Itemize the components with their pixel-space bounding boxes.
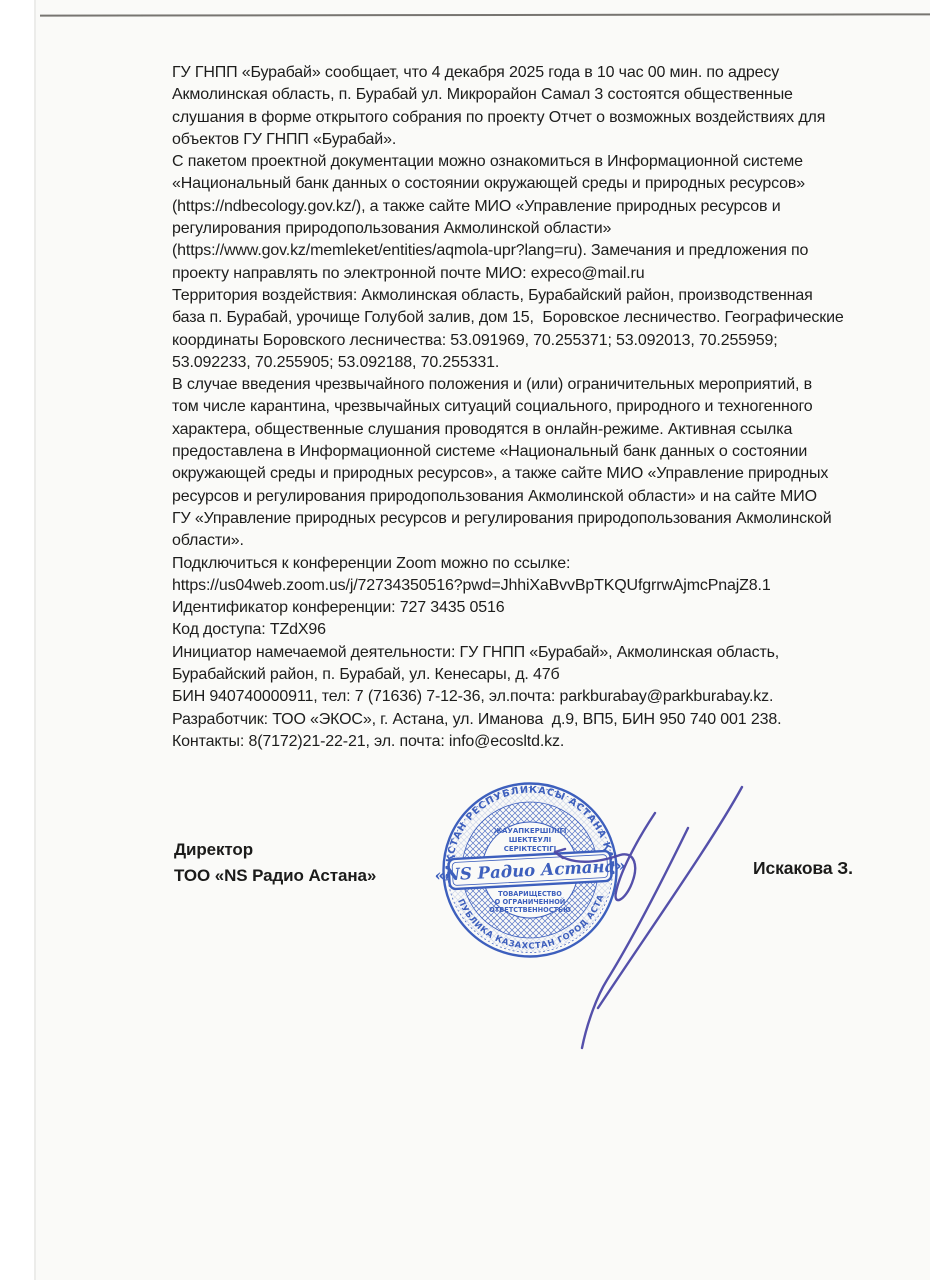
- text-line: «Национальный банк данных о состоянии ок…: [172, 173, 872, 195]
- text-line: Разработчик: ТОО «ЭКОС», г. Астана, ул. …: [172, 709, 872, 731]
- text-line: проекту направлять по электронной почте …: [172, 263, 872, 285]
- signature-stroke: [555, 813, 655, 900]
- text-line: https://us04web.zoom.us/j/72734350516?pw…: [172, 575, 872, 597]
- closing-block: Директор ТОО «NS Радио Астана»: [174, 837, 376, 888]
- scan-edge-line: [40, 13, 930, 16]
- signature-stroke: [598, 787, 742, 1008]
- text-line: Код доступа: TZdX96: [172, 619, 872, 641]
- text-line: окружающей среды и природных ресурсов», …: [172, 463, 872, 485]
- text-line: ресурсов и регулирования природопользова…: [172, 486, 872, 508]
- closing-title: Директор: [174, 837, 376, 863]
- text-line: Идентификатор конференции: 727 3435 0516: [172, 597, 872, 619]
- text-line: области».: [172, 530, 872, 552]
- text-line: В случае введения чрезвычайного положени…: [172, 374, 872, 396]
- text-line: слушания в форме открытого собрания по п…: [172, 107, 872, 129]
- text-line: С пакетом проектной документации можно о…: [172, 151, 872, 173]
- text-line: база п. Бурабай, урочище Голубой залив, …: [172, 307, 872, 329]
- handwritten-signature: [535, 745, 795, 1065]
- text-line: Территория воздействия: Акмолинская обла…: [172, 285, 872, 307]
- text-line: (https://ndbecology.gov.kz/), а также са…: [172, 196, 872, 218]
- closing-company: ТОО «NS Радио Астана»: [174, 863, 376, 889]
- text-line: объектов ГУ ГНПП «Бурабай».: [172, 129, 872, 151]
- text-line: Подключиться к конференции Zoom можно по…: [172, 553, 872, 575]
- text-line: Инициатор намечаемой деятельности: ГУ ГН…: [172, 642, 872, 664]
- document-body: ГУ ГНПП «Бурабай» сообщает, что 4 декабр…: [172, 62, 872, 753]
- text-line: предоставлена в Информационной системе «…: [172, 441, 872, 463]
- text-line: характера, общественные слушания проводя…: [172, 419, 872, 441]
- text-line: 53.092233, 70.255905; 53.092188, 70.2553…: [172, 352, 872, 374]
- text-line: регулирования природопользования Акмолин…: [172, 218, 872, 240]
- text-line: БИН 940740000911, тел: 7 (71636) 7-12-36…: [172, 686, 872, 708]
- text-line: (https://www.gov.kz/memleket/entities/aq…: [172, 240, 872, 262]
- text-line: том числе карантина, чрезвычайных ситуац…: [172, 396, 872, 418]
- text-line: Акмолинская область, п. Бурабай ул. Микр…: [172, 84, 872, 106]
- text-line: координаты Боровского лесничества: 53.09…: [172, 330, 872, 352]
- text-line: ГУ «Управление природных ресурсов и регу…: [172, 508, 872, 530]
- scan-edge-strip: [0, 0, 36, 1280]
- text-line: Бурабайский район, п. Бурабай, ул. Кенес…: [172, 664, 872, 686]
- text-line: ГУ ГНПП «Бурабай» сообщает, что 4 декабр…: [172, 62, 872, 84]
